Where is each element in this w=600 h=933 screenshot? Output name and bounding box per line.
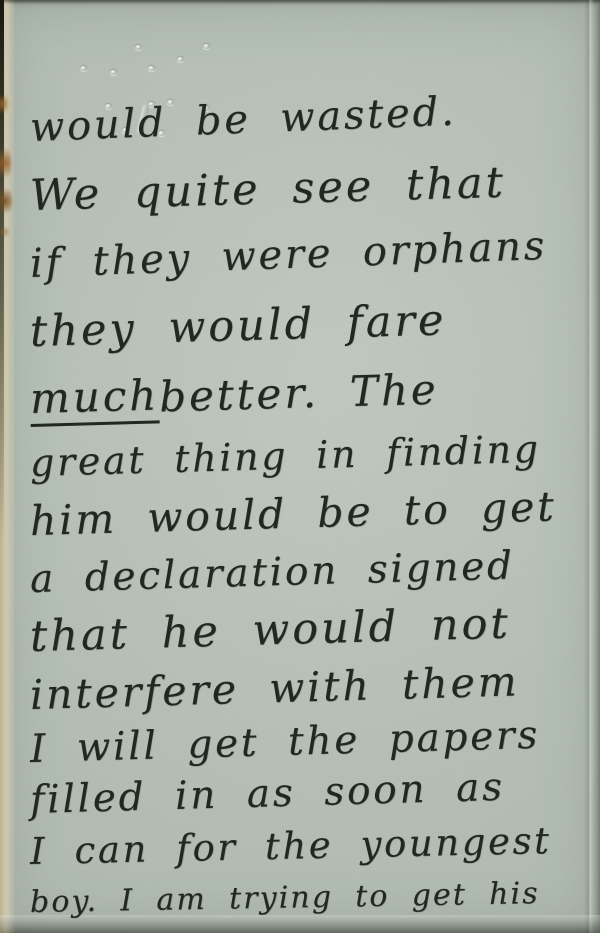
handwriting-text: would be wasted. (29, 89, 457, 151)
emboss-dot (148, 66, 155, 71)
handwriting-text: a declaration signed (29, 543, 515, 602)
handwriting-text: him would be to get (29, 482, 557, 545)
emboss-dot (105, 104, 112, 109)
handwriting-line: a declaration signed (29, 534, 590, 608)
handwriting-text: filled in as soon as (29, 765, 505, 823)
foxing-stain (1, 225, 9, 239)
page-bottom-edge-shadow (0, 915, 600, 933)
page-left-dark-edge (0, 0, 4, 541)
underlined-word: much (29, 370, 160, 427)
emboss-dot (110, 70, 117, 75)
page-top-edge-shadow (0, 0, 600, 4)
handwriting-text: better. The (158, 364, 439, 421)
emboss-dot (122, 128, 129, 133)
handwriting-text: great thing in finding (29, 427, 541, 485)
emboss-dot (167, 100, 174, 105)
handwriting-line: would be wasted. (29, 73, 591, 162)
handwriting-line: much better. The (29, 350, 591, 434)
handwriting-line: I can for the youngest (29, 814, 590, 877)
letter-lines: would be wasted.We quite see thatif they… (30, 94, 590, 928)
handwriting-line: if they were orphans (29, 210, 591, 298)
emboss-dot (177, 57, 184, 62)
handwriting-line: great thing in finding (29, 418, 590, 492)
handwriting-text: boy. I am trying to get his (30, 876, 540, 920)
emboss-dot (158, 131, 165, 136)
emboss-dot (203, 44, 210, 49)
vertical-fold-crease (584, 0, 594, 933)
handwriting-line: filled in as soon as (29, 759, 590, 826)
handwriting-text: We quite see that (29, 158, 506, 221)
handwriting-line: they would fare (29, 282, 591, 366)
emboss-dot (135, 45, 142, 50)
handwriting-line: I will get the papers (29, 708, 590, 775)
handwriting-text: I can for the youngest (30, 819, 552, 873)
emboss-dot (148, 102, 155, 107)
emboss-dot (203, 106, 210, 111)
handwriting-text: they would fare (29, 295, 447, 357)
handwriting-line: interfere with them (29, 650, 590, 724)
handwriting-line: boy. I am trying to get his (30, 867, 591, 928)
handwriting-text: interfere with them (29, 657, 520, 719)
paper-grain-texture (0, 0, 600, 933)
emboss-scratch-mark (136, 104, 149, 135)
emboss-dot (80, 66, 87, 71)
handwriting-line: We quite see that (29, 146, 591, 230)
handwriting-text: that he would not (29, 599, 511, 662)
handwriting-line: him would be to get (29, 476, 590, 550)
handwriting-line: that he would not (29, 592, 590, 666)
handwriting-text: if they were orphans (29, 223, 548, 287)
handwriting-text: I will get the papers (29, 713, 540, 772)
letter-page: would be wasted.We quite see thatif they… (0, 0, 600, 933)
